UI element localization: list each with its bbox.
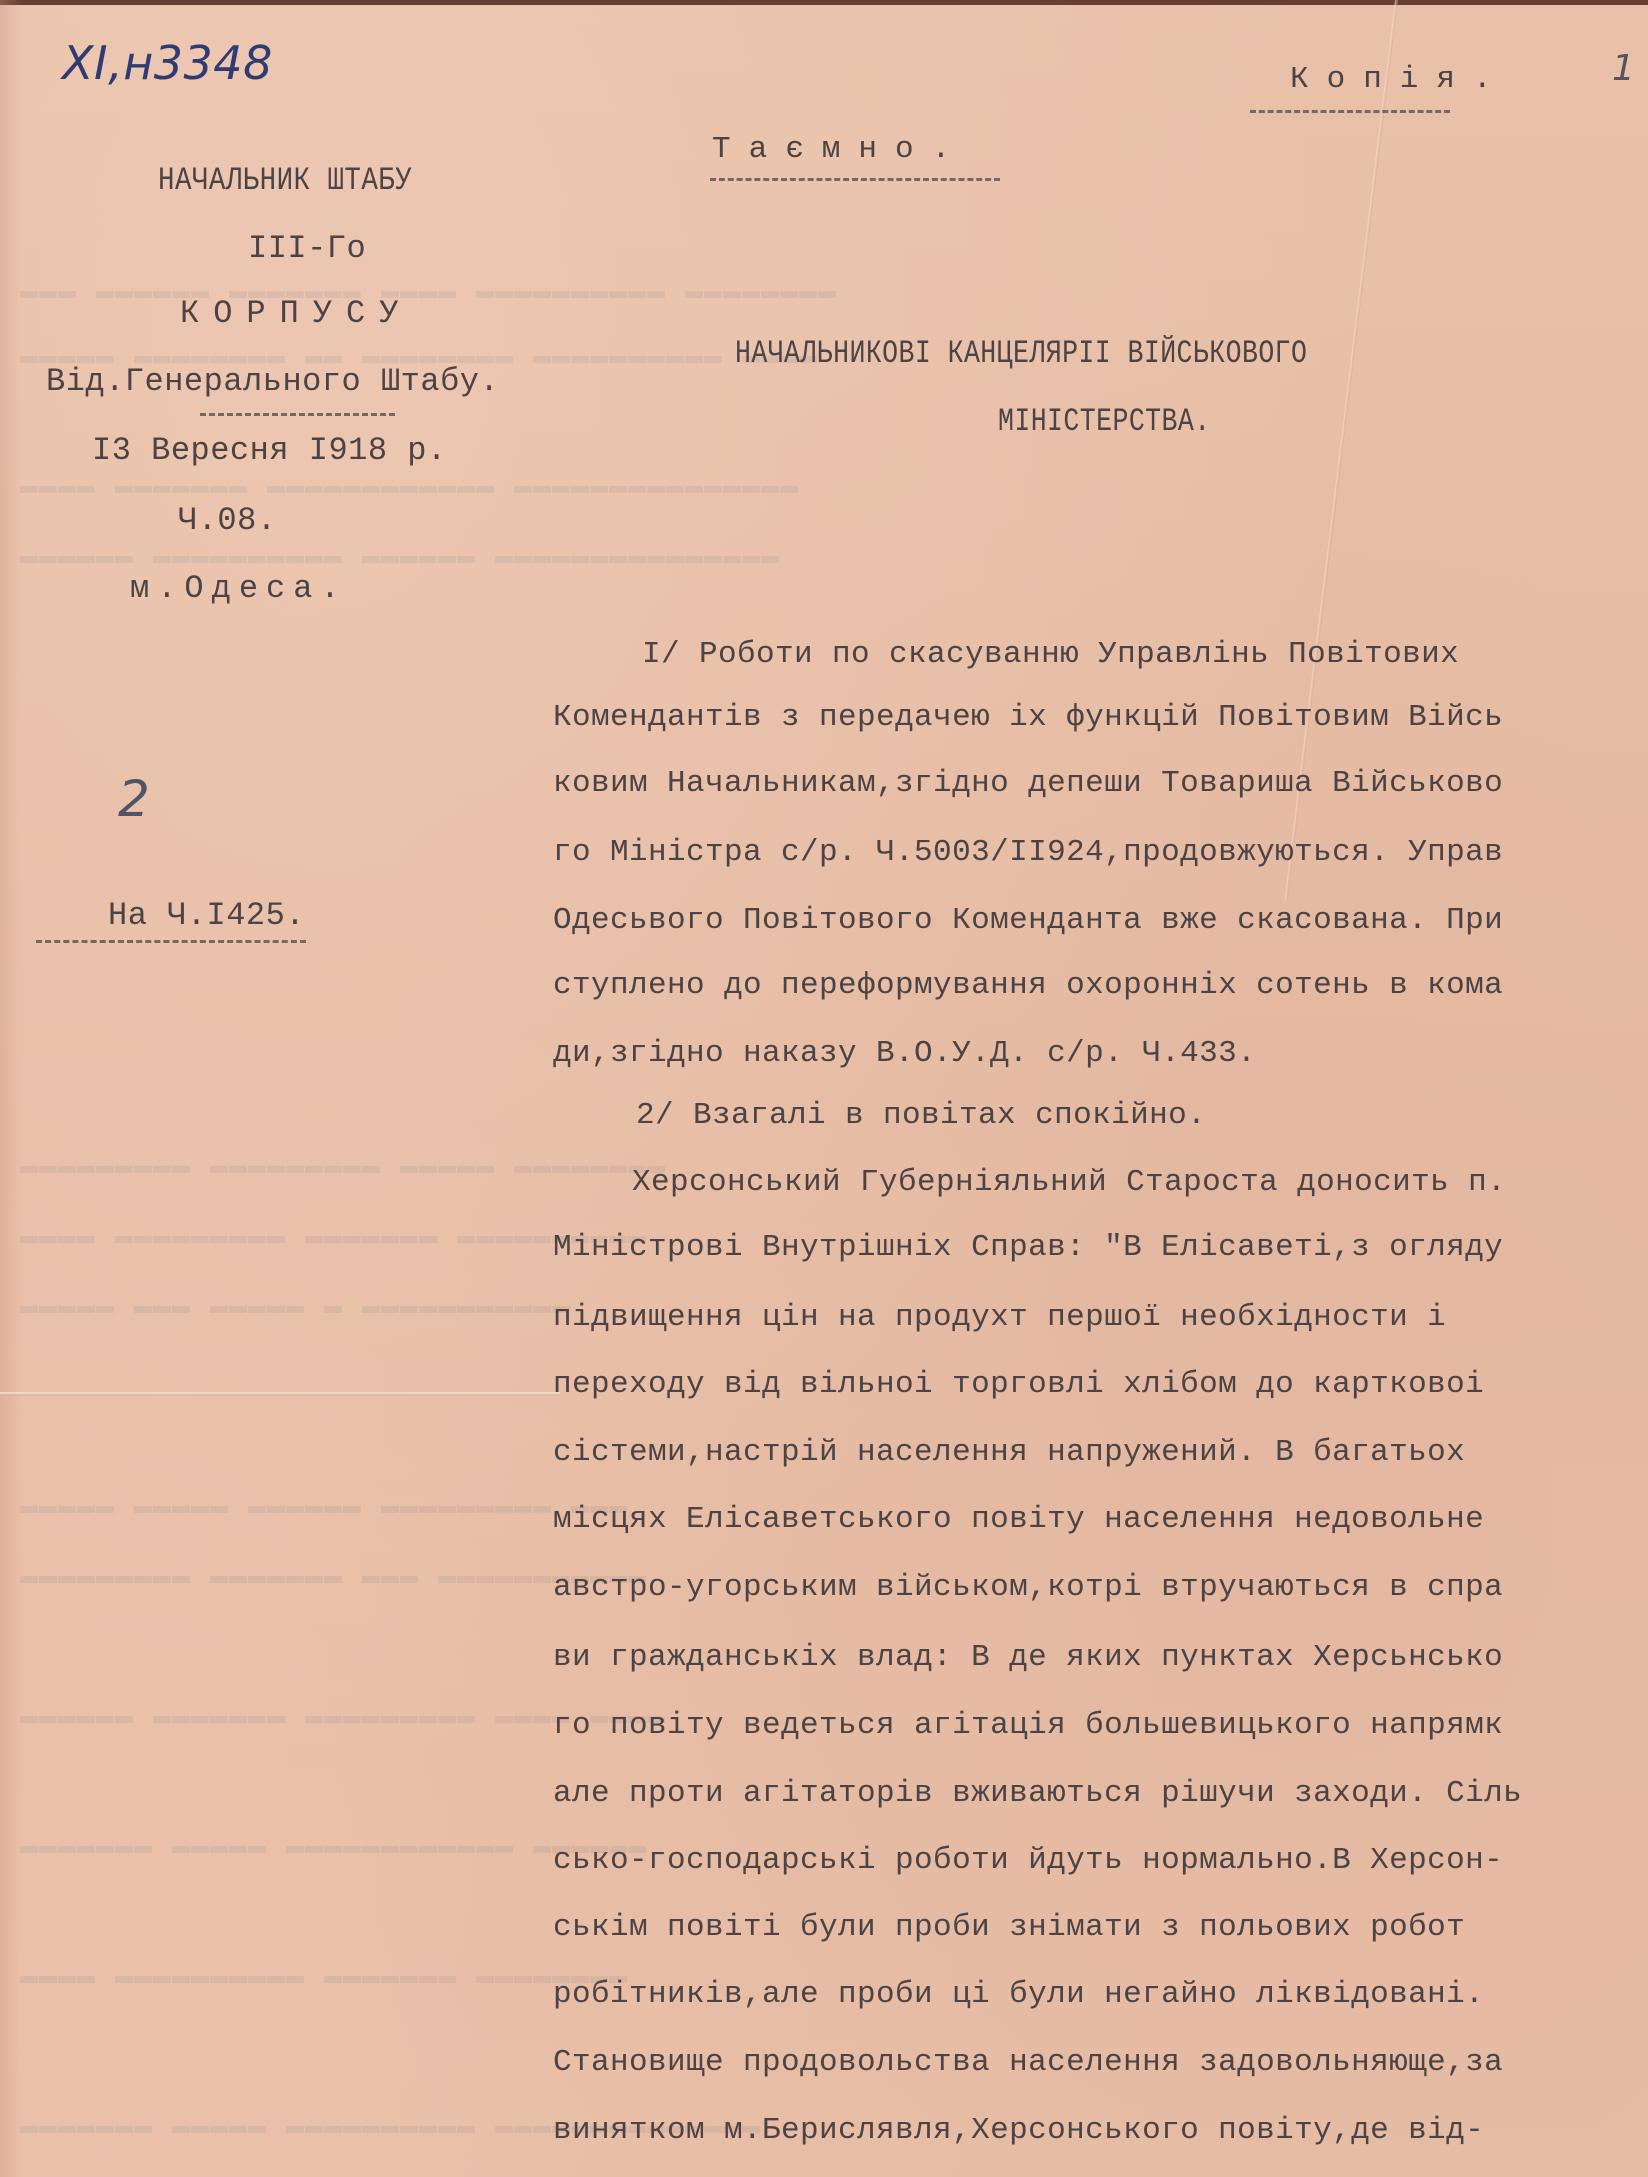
body-line: I/ Роботи по скасуванню Управлінь Повіто…: [642, 637, 1459, 672]
paper-fold-vertical: [1284, 0, 1398, 900]
body-line: 2/ Взагалі в повітах спокійно.: [636, 1098, 1206, 1133]
archive-mark: XI,н3348: [62, 36, 273, 90]
paper-crease-horizontal: [0, 1392, 560, 1396]
body-line: переходу від вільноі торговлі хлібом до …: [553, 1367, 1484, 1402]
copy-underline: [1250, 110, 1450, 113]
body-line: Міністрові Внутрішніх Справ: "В Елісавет…: [553, 1230, 1503, 1265]
sender-title: НАЧАЛЬНИК ШТАБУ: [158, 162, 412, 199]
department-underline: [200, 413, 395, 416]
paper-shadow-left: [0, 0, 22, 2177]
body-line: сько-господарські роботи йдуть нормально…: [553, 1843, 1503, 1878]
body-line: ступлено до переформування охоронніх сот…: [553, 968, 1503, 1003]
addressee-line-2: МІНІСТЕРСТВА.: [998, 403, 1211, 440]
body-line: місцях Елісаветського повіту населення н…: [553, 1502, 1484, 1537]
body-line: сістеми,настрій населення напружений. В …: [553, 1435, 1465, 1470]
body-line: ськім повіті були проби знімати з польов…: [553, 1910, 1465, 1945]
handwritten-mark: 2: [118, 770, 150, 828]
addressee-line-1: НАЧАЛЬНИКОВІ КАНЦЕЛЯРІІ ВІЙСЬКОВОГО: [735, 335, 1307, 372]
body-line: ди,згідно наказу В.О.У.Д. с/р. Ч.433.: [553, 1036, 1256, 1071]
body-line: але проти агітаторів вживаються рішучи з…: [553, 1776, 1522, 1811]
body-line: робітників,але проби ці були негайно лік…: [553, 1977, 1484, 2012]
body-line: австро-угорським військом,котрі втручают…: [553, 1570, 1503, 1605]
secret-label: Таємно.: [712, 132, 968, 167]
sender-date: I3 Вересня I918 р.: [92, 432, 447, 469]
page-number: 1: [1612, 48, 1635, 89]
body-line: Становище продовольства населення задово…: [553, 2045, 1503, 2080]
sender-corps: КОРПУСУ: [180, 295, 412, 332]
sender-department: Від.Генерального Штабу.: [46, 363, 499, 400]
reference-underline: [36, 940, 306, 943]
body-line: го повіту ведеться агітація большевицько…: [553, 1708, 1503, 1743]
body-line: го Міністра с/р. Ч.5003/II924,продовжуют…: [553, 835, 1503, 870]
body-line: Херсонський Губерніяльний Староста донос…: [632, 1165, 1506, 1200]
body-line: підвищення цін на продухт першої необхід…: [553, 1300, 1446, 1335]
body-line: ковим Начальникам,згідно депеши Товариша…: [553, 766, 1503, 801]
secret-underline: [710, 178, 1000, 181]
body-line: Комендантів з передачею іх функцій Повіт…: [553, 700, 1503, 735]
reference-number: На Ч.I425.: [108, 897, 305, 934]
sender-city: м.Одеса.: [130, 570, 348, 607]
page-top-edge: [0, 0, 1648, 5]
body-line: Одесьвого Повітового Коменданта вже скас…: [553, 903, 1503, 938]
sender-outgoing-number: Ч.08.: [178, 502, 277, 539]
body-line: ви гражданськіх влад: В де яких пунктах …: [553, 1640, 1503, 1675]
sender-corps-number: III-Го: [248, 230, 366, 267]
body-line: винятком м.Берислявля,Херсонського повіт…: [553, 2113, 1484, 2148]
copy-label: Копія.: [1290, 62, 1510, 97]
